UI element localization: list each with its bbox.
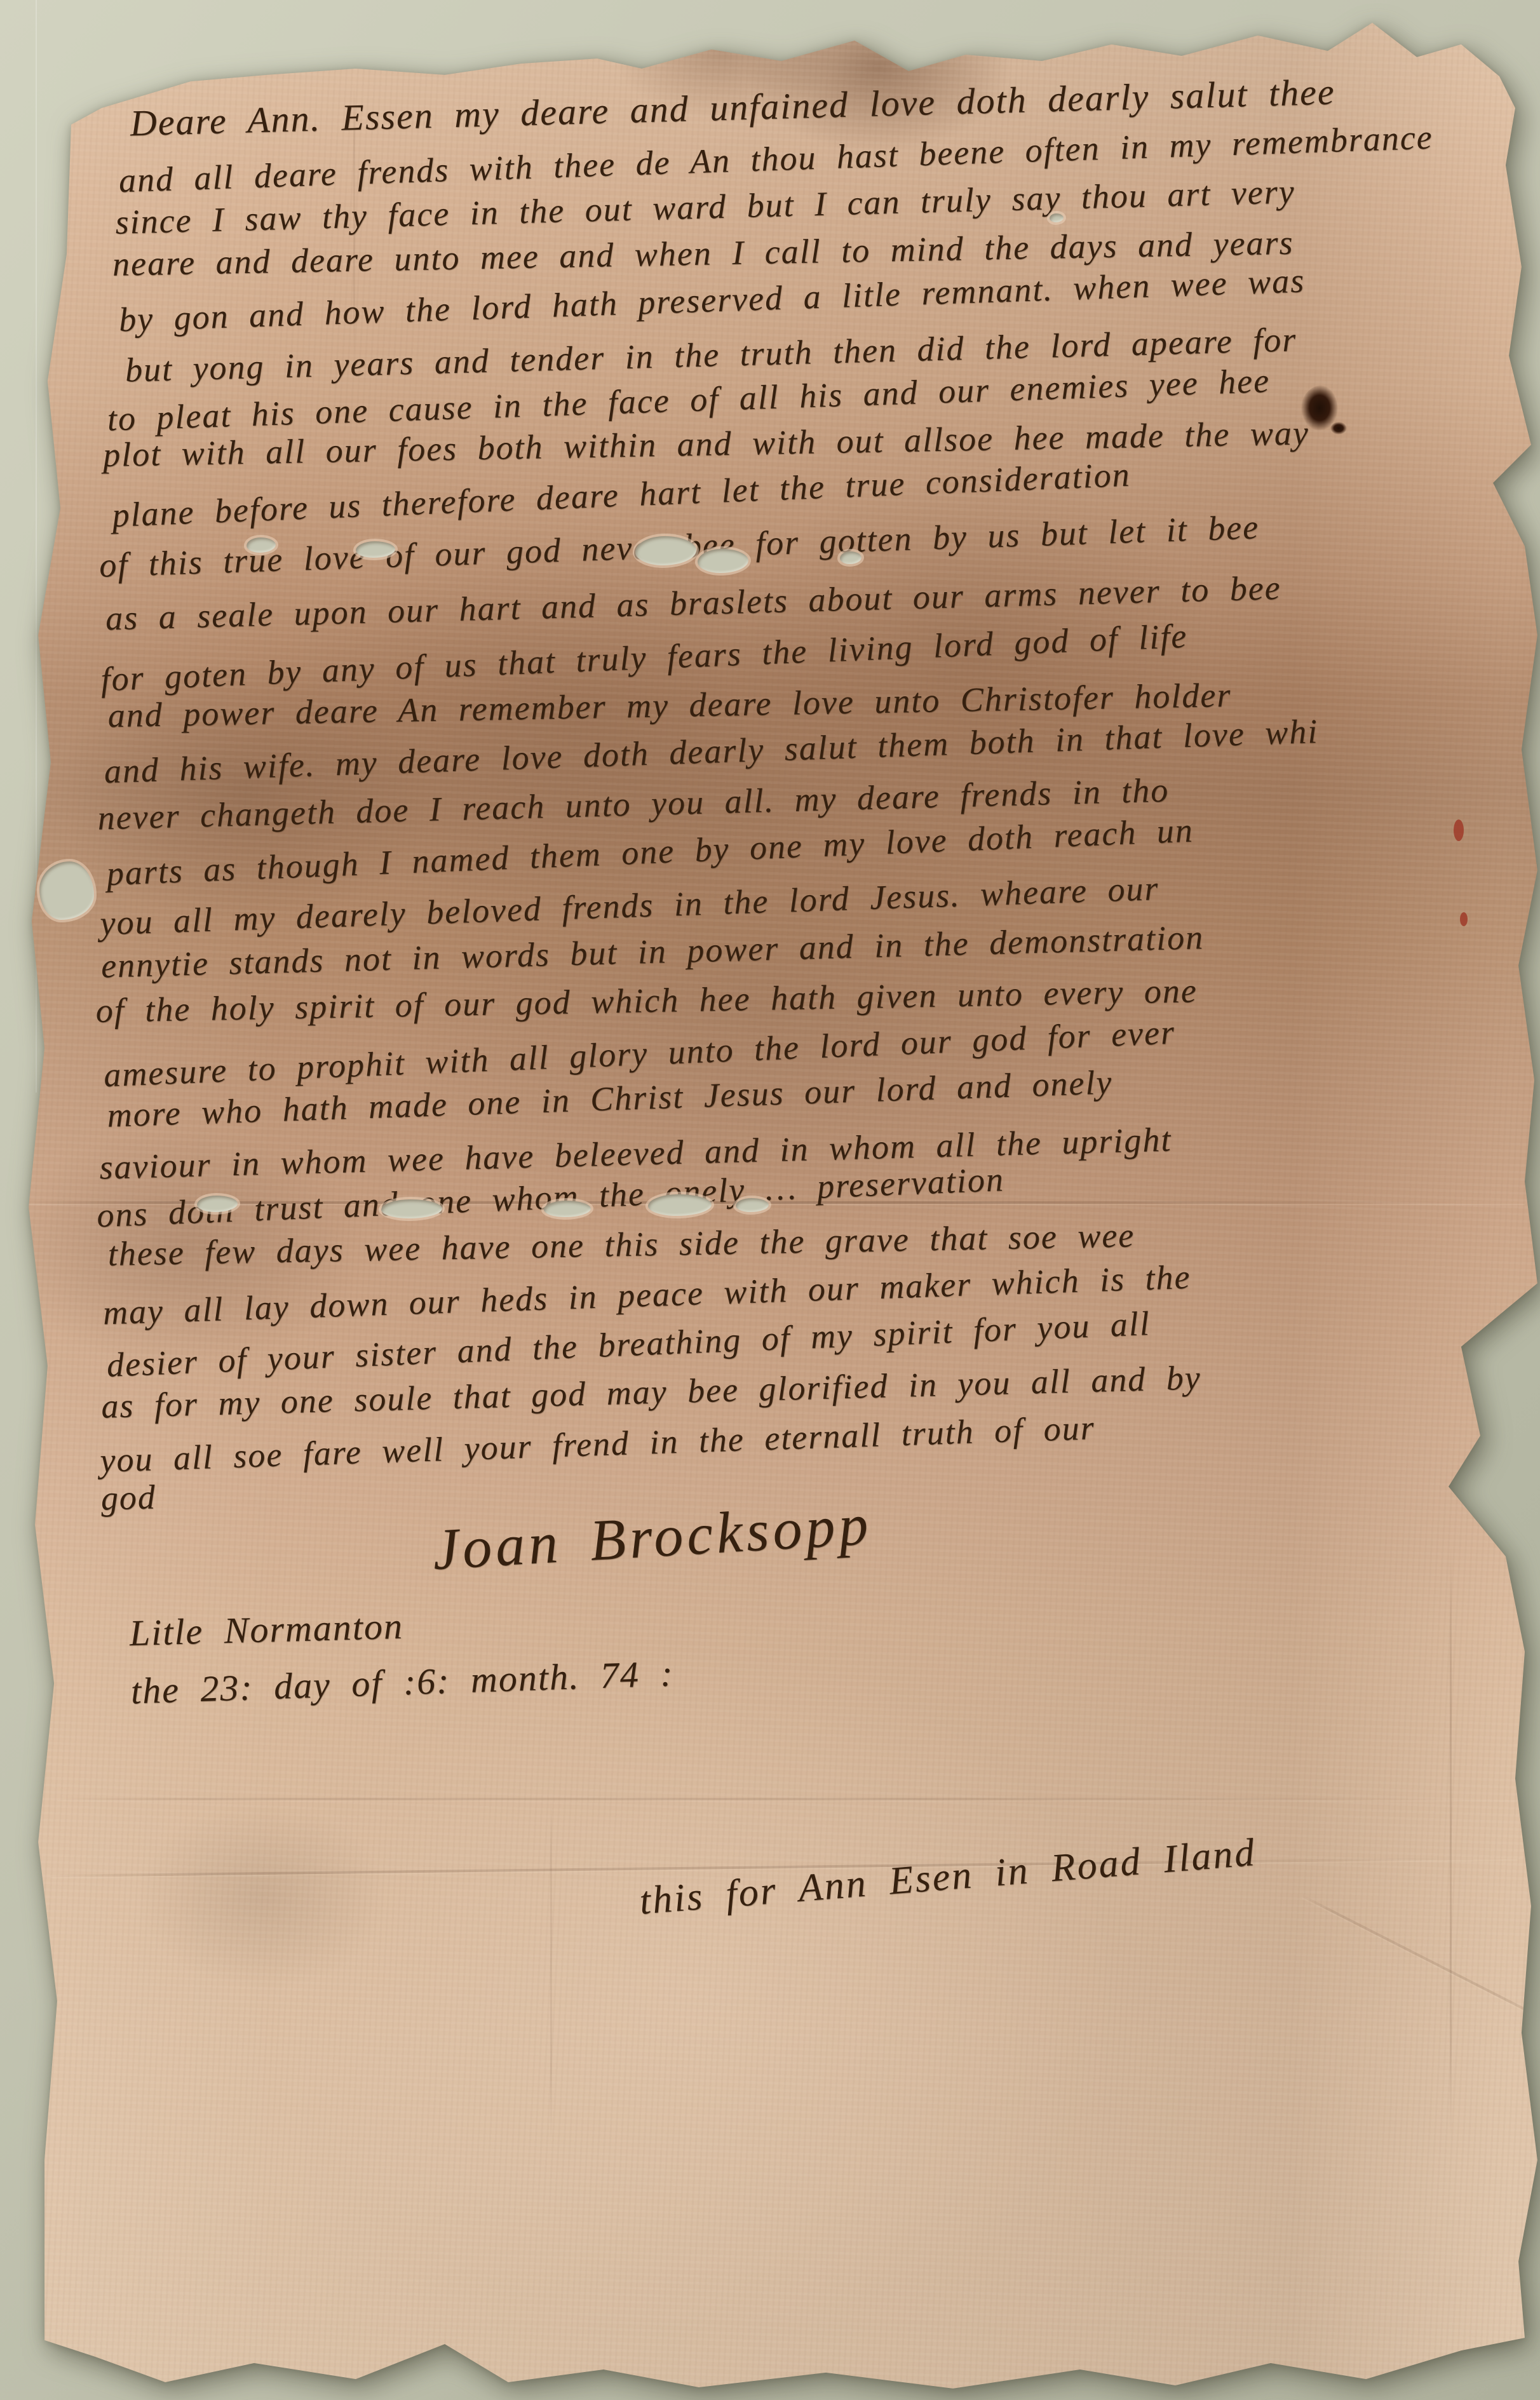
manuscript-page: Deare Ann. Essen my deare and unfained l… [0,0,1540,2400]
address-line: this for Ann Esen in Road Iland [638,1832,1257,1922]
paper-hole [39,861,94,920]
place-line: Litle Normanton [129,1607,404,1653]
signature: Joan Brocksopp [431,1493,873,1581]
red-ink-speck [1460,912,1468,926]
scanned-letter-scene: Deare Ann. Essen my deare and unfained l… [0,0,1540,2400]
paper-shadow-wrapper: Deare Ann. Essen my deare and unfained l… [0,0,1540,2400]
date-line: the 23: day of :6: month. 74 : [130,1654,675,1711]
letter-line: god [100,1479,156,1516]
ink-blot [1330,422,1347,435]
red-ink-speck [1454,819,1464,841]
